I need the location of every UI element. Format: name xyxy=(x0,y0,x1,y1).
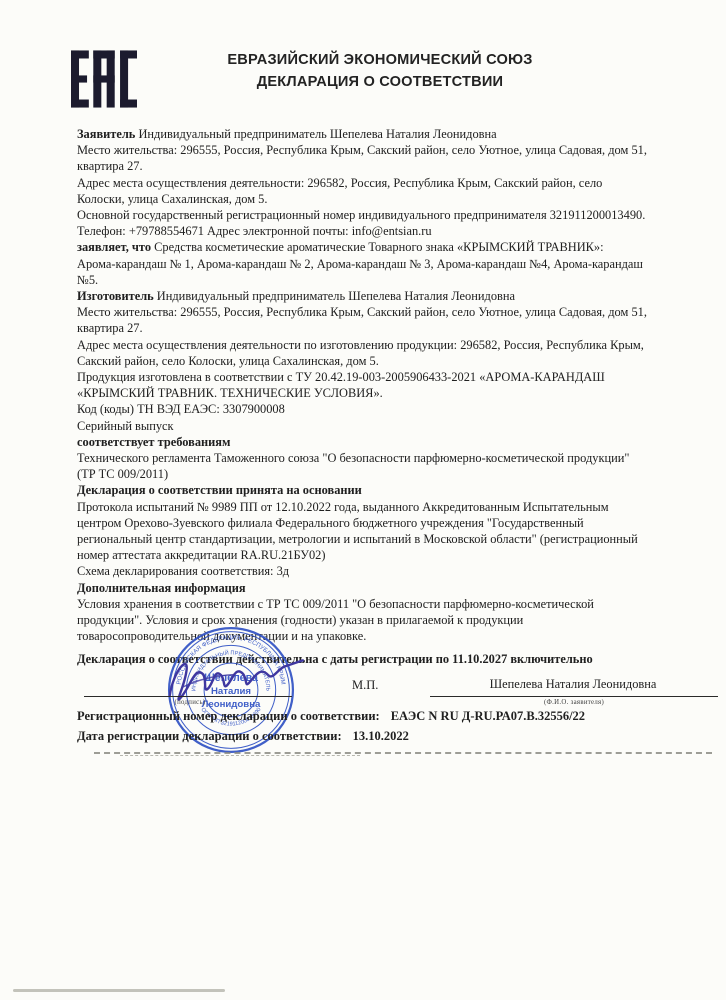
registration-number-row: Регистрационный номер декларации о соотв… xyxy=(77,709,585,724)
basis-label: Декларация о соответствии принята на осн… xyxy=(77,483,362,497)
scan-fold-line xyxy=(94,752,712,754)
signatory-name: Шепелева Наталия Леонидовна xyxy=(430,677,716,692)
manufacturer-paragraph: Изготовитель Индивидуальный предпринимат… xyxy=(77,288,722,434)
declares-paragraph: заявляет, что Средства косметические аро… xyxy=(77,239,722,288)
registration-date-row: Дата регистрации декларации о соответств… xyxy=(77,729,409,744)
signature-caption: (подпись) xyxy=(130,699,250,706)
complies-paragraph: соответствует требованиям Технического р… xyxy=(77,434,722,483)
registration-date-value: 13.10.2022 xyxy=(353,729,409,743)
declares-label: заявляет, что xyxy=(77,240,151,254)
name-line xyxy=(430,696,718,697)
signature-line xyxy=(84,696,292,697)
applicant-text: Индивидуальный предприниматель Шепелева … xyxy=(77,127,647,238)
eac-logo xyxy=(71,44,137,114)
header-union-title: ЕВРАЗИЙСКИЙ ЭКОНОМИЧЕСКИЙ СОЮЗ xyxy=(150,50,610,72)
declares-text: Средства косметические ароматические Тов… xyxy=(77,240,643,286)
document-header: ЕВРАЗИЙСКИЙ ЭКОНОМИЧЕСКИЙ СОЮЗ ДЕКЛАРАЦИ… xyxy=(150,50,610,93)
scan-edge-artifact xyxy=(13,989,225,992)
manufacturer-text: Индивидуальный предприниматель Шепелева … xyxy=(77,289,647,433)
additional-info-text: Условия хранения в соответствии с ТР ТС … xyxy=(77,597,594,643)
applicant-label: Заявитель xyxy=(77,127,135,141)
declaration-body: Заявитель Индивидуальный предприниматель… xyxy=(77,126,722,645)
applicant-paragraph: Заявитель Индивидуальный предприниматель… xyxy=(77,126,722,239)
complies-label: соответствует требованиям xyxy=(77,435,230,449)
name-caption: (Ф.И.О. заявителя) xyxy=(430,699,718,706)
basis-paragraph: Декларация о соответствии принята на осн… xyxy=(77,482,722,579)
declaration-document-page: ЕВРАЗИЙСКИЙ ЭКОНОМИЧЕСКИЙ СОЮЗ ДЕКЛАРАЦИ… xyxy=(0,0,726,1000)
basis-text: Протокола испытаний № 9989 ПП от 12.10.2… xyxy=(77,500,638,579)
complies-text: Технического регламента Таможенного союз… xyxy=(77,451,629,481)
registration-date-label: Дата регистрации декларации о соответств… xyxy=(77,729,342,743)
manufacturer-label: Изготовитель xyxy=(77,289,154,303)
additional-info-label: Дополнительная информация xyxy=(77,581,246,595)
scan-fold-line-secondary xyxy=(120,755,360,756)
registration-number-value: ЕАЭС N RU Д-RU.РА07.В.32556/22 xyxy=(391,709,585,723)
header-doc-title: ДЕКЛАРАЦИЯ О СООТВЕТСТВИИ xyxy=(150,72,610,94)
registration-number-label: Регистрационный номер декларации о соотв… xyxy=(77,709,380,723)
mp-seal-label: М.П. xyxy=(352,678,378,693)
